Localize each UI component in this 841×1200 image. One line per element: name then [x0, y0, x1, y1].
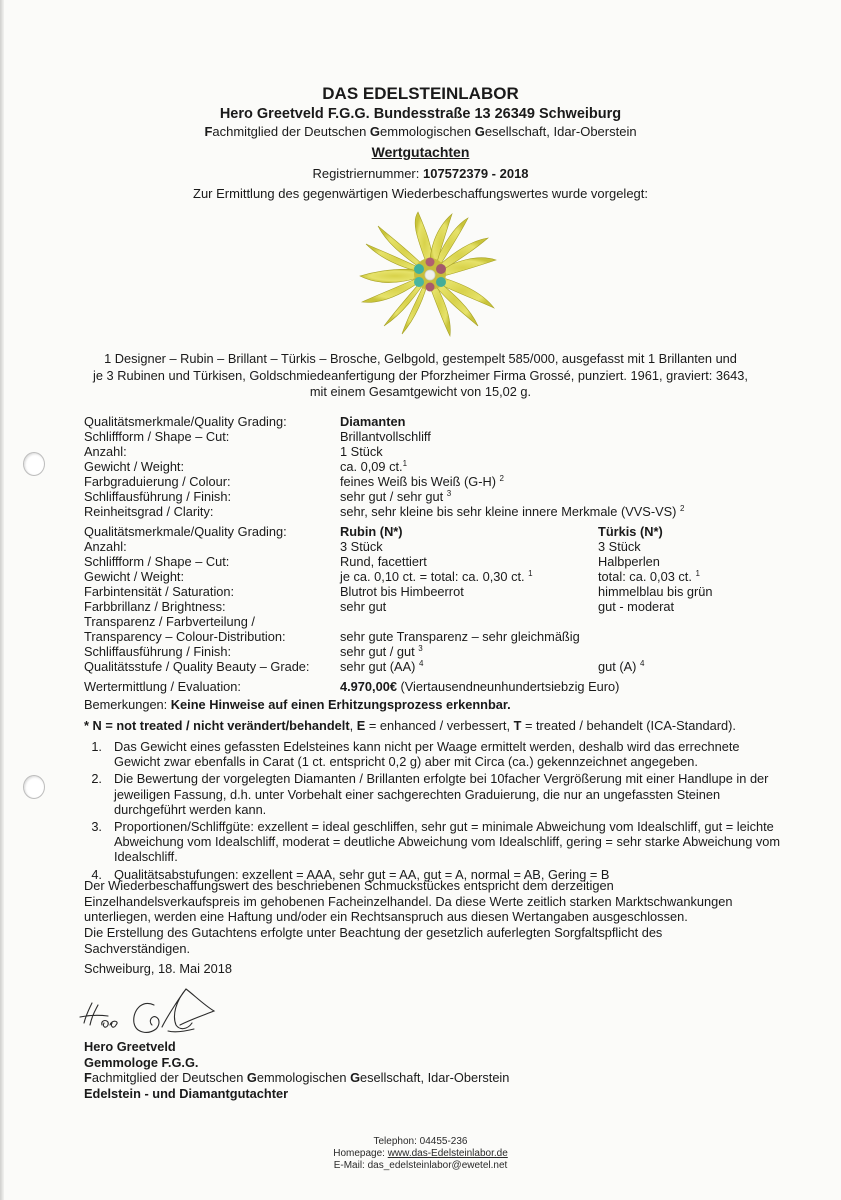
intro-text: Zur Ermittlung des gegenwärtigen Wiederb…: [0, 186, 841, 201]
ruby-value: je ca. 0,10 ct. = total: ca. 0,30 ct. 1: [340, 569, 533, 584]
membership-line: Fachmitglied der Deutschen Gemmologische…: [0, 124, 841, 139]
ruby-value: Rund, facettiert: [340, 554, 427, 569]
footnote-text: Die Bewertung der vorgelegten Diamanten …: [114, 771, 784, 817]
treatment-legend: * N = not treated / nicht verändert/beha…: [84, 718, 736, 733]
diamond-value: ca. 0,09 ct.1: [340, 459, 407, 474]
ruby-value: sehr gute Transparenz – sehr gleichmäßig: [340, 629, 580, 644]
email-link[interactable]: das_edelsteinlabor@ewetel.net: [368, 1160, 508, 1171]
signatory-title: Gemmologe F.G.G.: [84, 1055, 509, 1071]
ruby-value: 3 Stück: [340, 539, 383, 554]
grading-label: Gewicht / Weight:: [84, 459, 184, 474]
footnote-text: Das Gewicht eines gefassten Edelsteines …: [114, 739, 784, 769]
evaluation-label: Wertermittlung / Evaluation:: [84, 679, 241, 694]
ruby-value: Rubin (N*): [340, 524, 403, 539]
place-date: Schweiburg, 18. Mai 2018: [84, 961, 232, 976]
evaluation-row: Wertermittlung / Evaluation: 4.970,00€ (…: [84, 679, 784, 695]
org-name: DAS EDELSTEINLABOR: [0, 84, 841, 104]
footer-contact: Telephon: 04455-236 Homepage: www.das-Ed…: [0, 1136, 841, 1172]
grading-label: Qualitätsstufe / Quality Beauty – Grade:: [84, 659, 309, 674]
turquoise-value: gut - moderat: [598, 599, 674, 614]
evaluation-value: 4.970,00€ (Viertausendneunhundertsiebzig…: [340, 679, 619, 694]
remarks: Bemerkungen: Keine Hinweise auf einen Er…: [84, 697, 511, 712]
grading-label: Schliffform / Shape – Cut:: [84, 429, 229, 444]
ruby-value: sehr gut: [340, 599, 386, 614]
diamond-value: sehr, sehr kleine bis sehr kleine innere…: [340, 504, 684, 519]
footnote-number: 1.: [84, 739, 114, 754]
diamond-value: Diamanten: [340, 414, 405, 429]
grading-label: Schliffausführung / Finish:: [84, 489, 231, 504]
signatory-block: Hero Greetveld Gemmologe F.G.G. Fachmitg…: [84, 1039, 509, 1101]
grading-label: Reinheitsgrad / Clarity:: [84, 504, 213, 519]
diamond-value: feines Weiß bis Weiß (G-H) 2: [340, 474, 504, 489]
homepage-link[interactable]: www.das-Edelsteinlabor.de: [388, 1148, 508, 1159]
grading-label: Qualitätsmerkmale/Quality Grading:: [84, 524, 287, 539]
item-description: 1 Designer – Rubin – Brillant – Türkis –…: [0, 351, 841, 401]
grading-label: Anzahl:: [84, 539, 127, 554]
footnote-item: 1.Das Gewicht eines gefassten Edelsteine…: [84, 739, 784, 769]
grading-label: Transparenz / Farbverteilung /: [84, 614, 255, 629]
turquoise-value: gut (A) 4: [598, 659, 644, 674]
diamond-value: Brillantvollschliff: [340, 429, 431, 444]
registration-number: Registriernummer: 107572379 - 2018: [0, 166, 841, 181]
turquoise-value: 3 Stück: [598, 539, 641, 554]
grading-label: Anzahl:: [84, 444, 127, 459]
footnote-item: 2.Die Bewertung der vorgelegten Diamante…: [84, 771, 784, 817]
footer-homepage: Homepage: www.das-Edelsteinlabor.de: [0, 1148, 841, 1160]
document-title: Wertgutachten: [0, 144, 841, 160]
diamond-value: sehr gut / sehr gut 3: [340, 489, 451, 504]
diligence-text: Die Erstellung des Gutachtens erfolgte u…: [84, 925, 764, 956]
grading-label: Gewicht / Weight:: [84, 569, 184, 584]
grading-label: Qualitätsmerkmale/Quality Grading:: [84, 414, 287, 429]
footer-phone: Telephon: 04455-236: [0, 1136, 841, 1148]
grading-label: Transparency – Colour-Distribution:: [84, 629, 286, 644]
grading-label: Farbgraduierung / Colour:: [84, 474, 231, 489]
brooch-photo: [355, 208, 505, 340]
grading-label: Farbintensität / Saturation:: [84, 584, 234, 599]
punch-hole-top: [23, 452, 45, 476]
address-line: Hero Greetveld F.G.G. Bundesstraße 13 26…: [0, 106, 841, 122]
ruby-value: sehr gut (AA) 4: [340, 659, 423, 674]
signatory-name: Hero Greetveld: [84, 1039, 509, 1055]
footnote-item: 3.Proportionen/Schliffgüte: exzellent = …: [84, 819, 784, 865]
turquoise-value: Türkis (N*): [598, 524, 663, 539]
turquoise-value: himmelblau bis grün: [598, 584, 713, 599]
footnote-number: 3.: [84, 819, 114, 834]
signatory-membership: Fachmitglied der Deutschen Gemmologische…: [84, 1070, 509, 1086]
footnote-number: 2.: [84, 771, 114, 786]
grading-label: Farbbrillanz / Brightness:: [84, 599, 226, 614]
punch-hole-bottom: [23, 775, 45, 799]
footnote-text: Proportionen/Schliffgüte: exzellent = id…: [114, 819, 784, 865]
ruby-value: sehr gut / gut 3: [340, 644, 423, 659]
turquoise-value: total: ca. 0,03 ct. 1: [598, 569, 700, 584]
ruby-value: Blutrot bis Himbeerrot: [340, 584, 464, 599]
signatory-role: Edelstein - und Diamantgutachter: [84, 1086, 509, 1102]
handwritten-signature: [76, 985, 236, 1045]
diamond-value: 1 Stück: [340, 444, 383, 459]
footer-email: E-Mail: das_edelsteinlabor@ewetel.net: [0, 1160, 841, 1172]
footnotes-list: 1.Das Gewicht eines gefassten Edelsteine…: [84, 739, 784, 884]
disclaimer-text: Der Wiederbeschaffungswert des beschrieb…: [84, 878, 764, 925]
grading-label: Schliffform / Shape – Cut:: [84, 554, 229, 569]
grading-label: Schliffausführung / Finish:: [84, 644, 231, 659]
turquoise-value: Halbperlen: [598, 554, 660, 569]
